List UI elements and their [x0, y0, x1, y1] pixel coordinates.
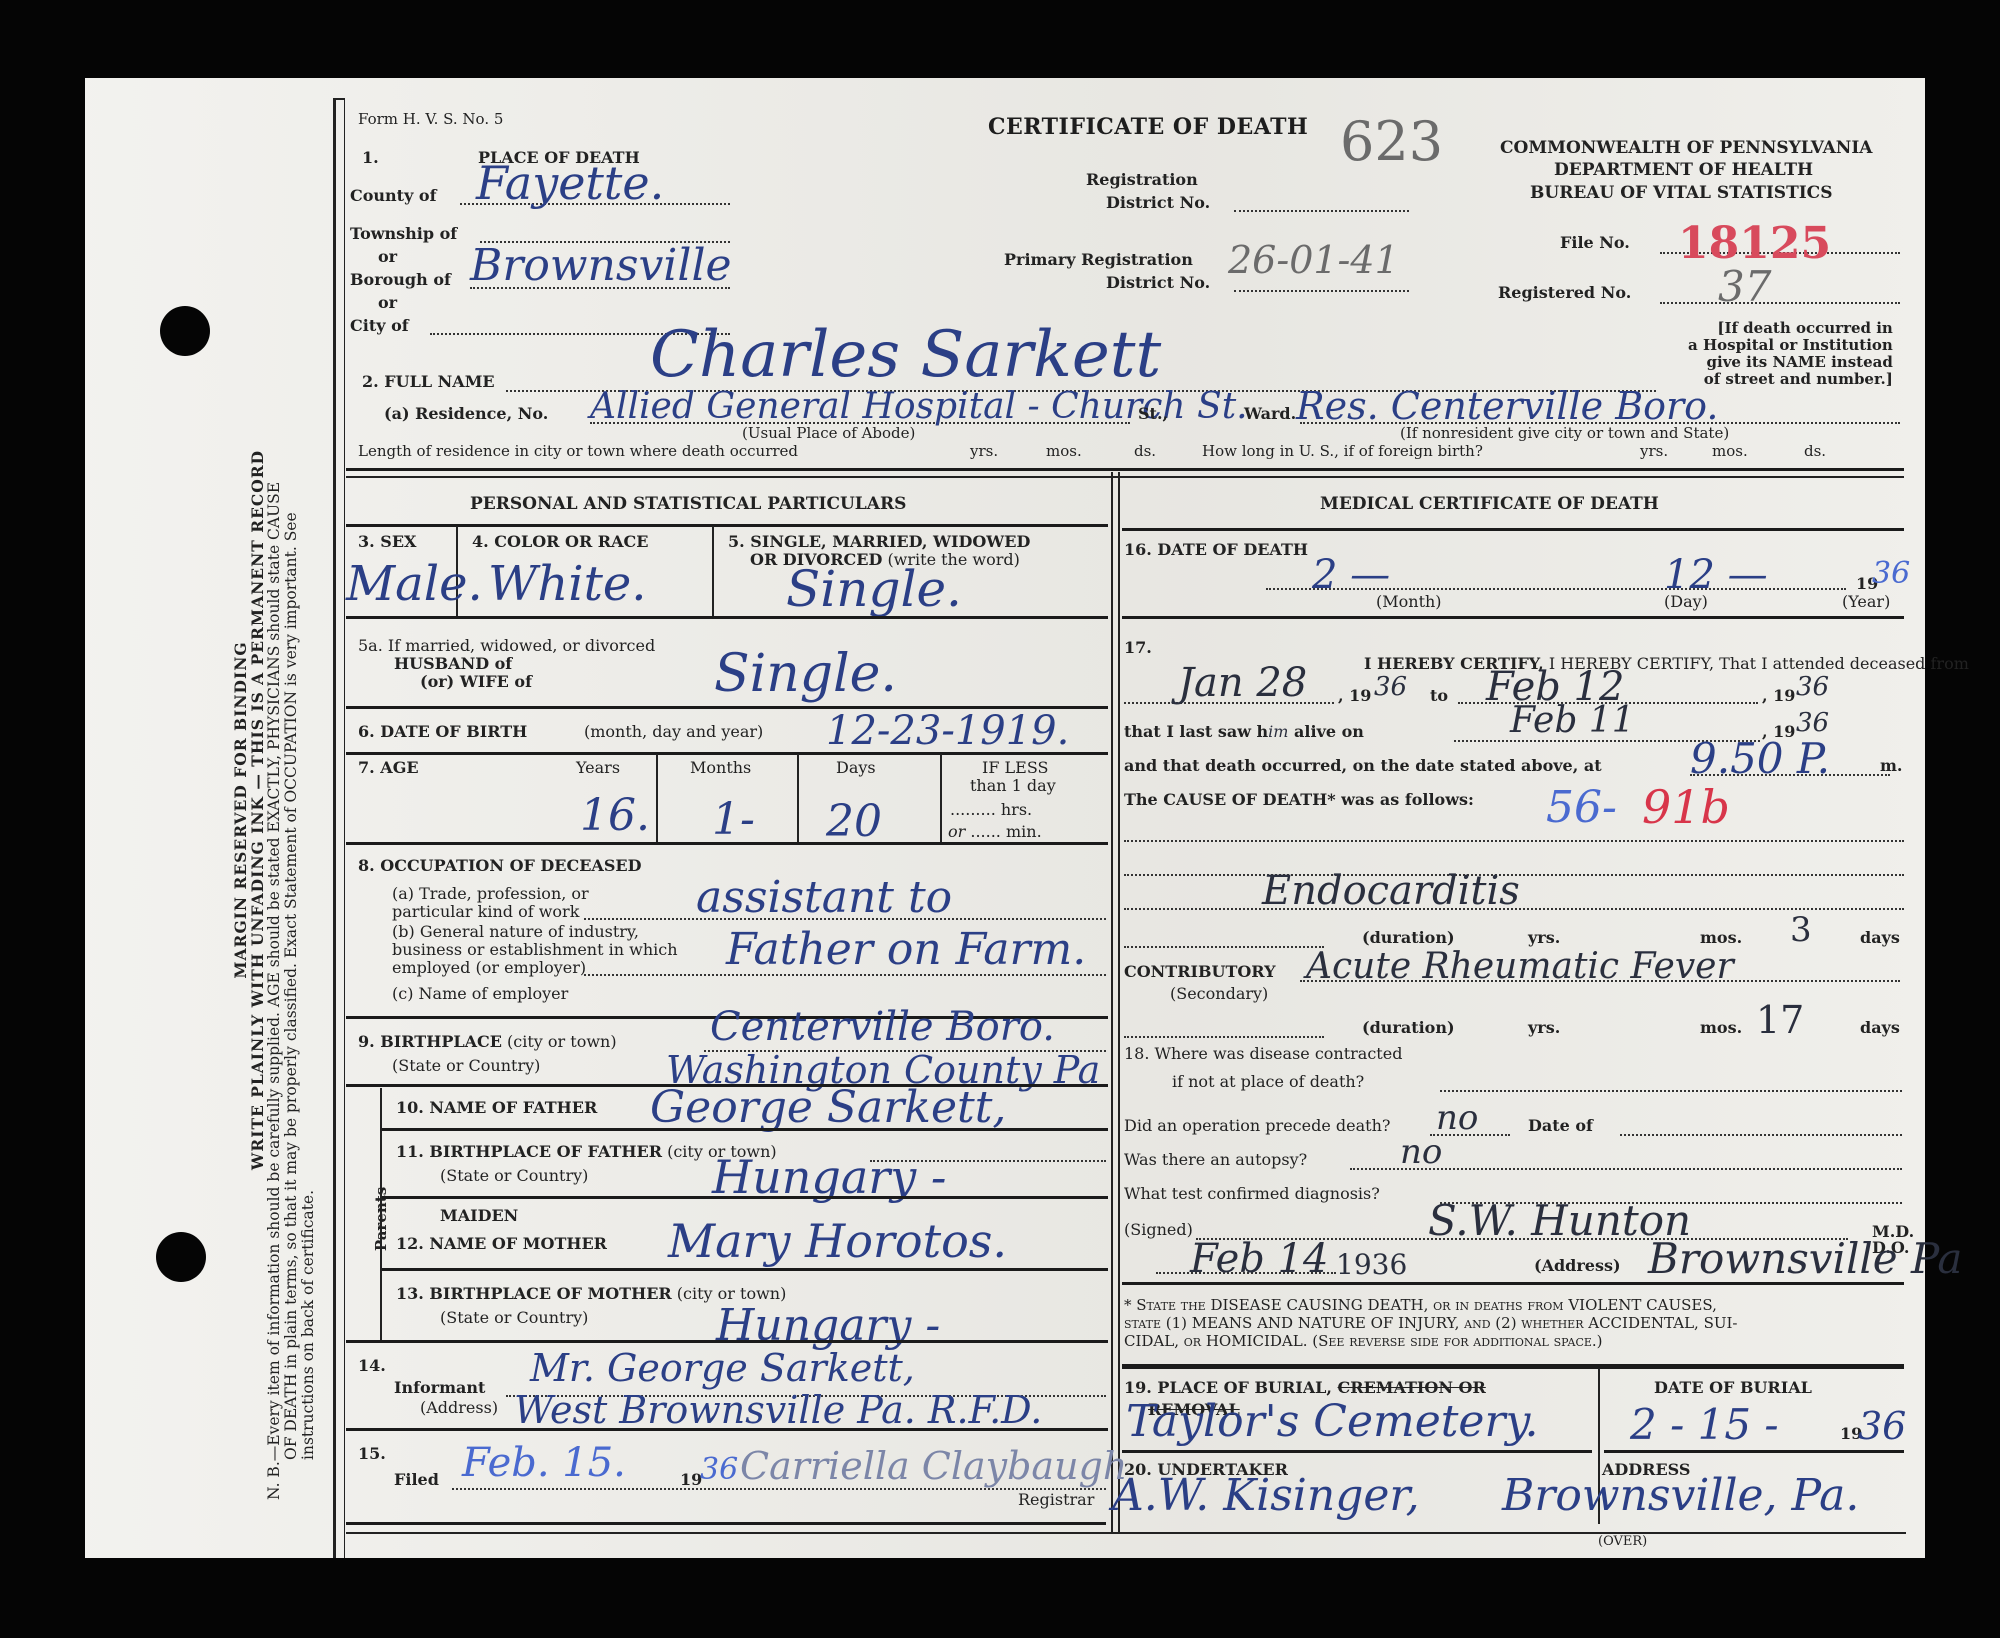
undertaker-address-value: Brownsville, Pa.: [1502, 1470, 1859, 1521]
dod-label: 16. DATE OF DEATH: [1124, 540, 1308, 559]
medical-section-title: MEDICAL CERTIFICATE OF DEATH: [1320, 494, 1659, 514]
dob-label: 6. DATE OF BIRTH: [358, 722, 527, 741]
margin-ink-note: WRITE PLAINLY WITH UNFADING INK — THIS I…: [249, 120, 266, 1500]
marital-label: 5. SINGLE, MARRIED, WIDOWED: [728, 532, 1030, 551]
attended-to-year: 36: [1796, 672, 1829, 702]
death-time-value: 9.50 P.: [1690, 734, 1830, 783]
cause-code-red: 91b: [1642, 780, 1730, 834]
birthplace-city-value: Centerville Boro.: [710, 1004, 1055, 1050]
certify-statement: I HEREBY CERTIFY, I HEREBY CERTIFY, That…: [1364, 654, 1969, 673]
occupation-label: 8. OCCUPATION OF DECEASED: [358, 856, 641, 875]
burial-year-value: 36: [1858, 1404, 1906, 1448]
cause-footnote: * State the DISEASE CAUSING DEATH, or in…: [1124, 1296, 1738, 1350]
burial-date-value: 2 - 15 -: [1630, 1400, 1779, 1449]
contributory-duration-days: 17: [1756, 998, 1804, 1042]
contributory-value: Acute Rheumatic Fever: [1306, 946, 1734, 987]
file-no-label: File No.: [1560, 233, 1630, 252]
margin-nb-line1: N. B.—Every item of information should b…: [266, 120, 283, 1500]
sex-value: Male.: [346, 556, 483, 612]
over-label: (OVER): [1598, 1534, 1647, 1549]
spouse-label-1: 5a. If married, widowed, or divorced: [358, 636, 655, 655]
age-months-value: 1-: [712, 794, 755, 845]
last-saw-label: that I last saw him alive on: [1124, 722, 1364, 741]
primary-district-value: 26-01-41: [1228, 238, 1399, 282]
spouse-value: Single.: [714, 644, 897, 704]
foreign-birth-label: How long in U. S., if of foreign birth?: [1202, 442, 1483, 460]
attended-from-year: 36: [1374, 672, 1407, 702]
father-label: 10. NAME OF FATHER: [396, 1098, 597, 1117]
registered-no-value: 37: [1718, 262, 1771, 311]
registration-district-label: District No.: [1106, 193, 1210, 212]
physician-address-value: Brownsville Pa: [1648, 1234, 1962, 1283]
agency-line-2: DEPARTMENT OF HEALTH: [1554, 160, 1813, 180]
autopsy-value: no: [1400, 1132, 1442, 1172]
residence-label: (a) Residence, No.: [384, 404, 548, 423]
sex-label: 3. SEX: [358, 532, 416, 551]
cause-label: The CAUSE OF DEATH* was as follows:: [1124, 790, 1474, 809]
registration-label: Registration: [1086, 170, 1198, 189]
punch-hole-top: [160, 306, 210, 356]
informant-address-value: West Brownsville Pa. R.F.D.: [514, 1388, 1042, 1432]
signed-label: (Signed): [1124, 1220, 1193, 1239]
margin-binding-note: MARGIN RESERVED FOR BINDING: [232, 120, 249, 1500]
township-label: Township of: [350, 224, 457, 243]
agency-line-3: BUREAU OF VITAL STATISTICS: [1530, 183, 1832, 203]
pencil-number: 623: [1340, 110, 1443, 173]
marital-value: Single.: [786, 560, 962, 618]
filed-date-value: Feb. 15.: [462, 1440, 626, 1486]
cause-value: Endocarditis: [1262, 868, 1520, 914]
place-num: 1.: [362, 148, 379, 167]
parents-label: Parents: [372, 1184, 390, 1254]
burial-place-label: 19. PLACE OF BURIAL, CREMATION OR: [1124, 1378, 1486, 1397]
certificate-title: CERTIFICATE OF DEATH: [988, 114, 1308, 140]
dob-value: 12-23-1919.: [826, 708, 1069, 754]
filed-year-value: 36: [700, 1452, 738, 1487]
mother-value: Mary Horotos.: [668, 1214, 1007, 1268]
city-label: City of: [350, 316, 409, 335]
primary-registration-label: Primary Registration: [1004, 250, 1193, 269]
margin-nb-line2: OF DEATH in plain terms, so that it may …: [283, 120, 300, 1500]
death-time-label: and that death occurred, on the date sta…: [1124, 756, 1602, 775]
birthplace-label: 9. BIRTHPLACE (city or town): [358, 1032, 617, 1051]
father-value: George Sarkett,: [650, 1082, 1006, 1133]
full-name-value: Charles Sarkett: [650, 318, 1161, 392]
hospital-note: [If death occurred in a Hospital or Inst…: [1688, 320, 1893, 388]
margin-instructions: MARGIN RESERVED FOR BINDING WRITE PLAINL…: [232, 120, 342, 1500]
registrar-signature: Carriella Claybaugh: [740, 1444, 1127, 1488]
mother-label: 12. NAME OF MOTHER: [396, 1234, 607, 1253]
filed-label: Filed: [394, 1470, 439, 1489]
punch-hole-bottom: [156, 1232, 206, 1282]
occupation-industry-value: Father on Farm.: [726, 924, 1086, 975]
registered-no-label: Registered No.: [1498, 283, 1631, 302]
burial-place-value: Taylor's Cemetery.: [1126, 1396, 1539, 1447]
test-label: What test confirmed diagnosis?: [1124, 1184, 1380, 1203]
autopsy-label: Was there an autopsy?: [1124, 1150, 1307, 1169]
nonresident-note: (If nonresident give city or town and St…: [1400, 424, 1729, 442]
employer-label: (c) Name of employer: [392, 984, 568, 1003]
informant-value: Mr. George Sarkett,: [530, 1346, 915, 1390]
mother-birthplace-value: Hungary -: [716, 1300, 940, 1351]
cause-duration-days: 3: [1790, 910, 1812, 950]
contracted-label: 18. Where was disease contracted: [1124, 1044, 1402, 1063]
race-value: White.: [488, 556, 647, 612]
burial-date-label: DATE OF BURIAL: [1654, 1378, 1812, 1397]
full-name-label: 2. FULL NAME: [362, 372, 495, 391]
operation-label: Did an operation precede death?: [1124, 1116, 1390, 1135]
signed-date-value: Feb 14: [1190, 1236, 1328, 1282]
abode-note: (Usual Place of Abode): [742, 424, 915, 442]
margin-nb-line3: instructions on back of certificate.: [300, 120, 317, 1500]
form-number: Form H. V. S. No. 5: [358, 110, 503, 128]
length-of-residence-label: Length of residence in city or town wher…: [358, 442, 798, 460]
age-label: 7. AGE: [358, 758, 419, 777]
primary-district-label: District No.: [1106, 273, 1210, 292]
borough-label: Borough of: [350, 270, 451, 289]
age-days-value: 20: [826, 796, 882, 847]
personal-section-title: PERSONAL AND STATISTICAL PARTICULARS: [470, 494, 906, 514]
signed-year-value: 1936: [1336, 1248, 1407, 1281]
registrar-label: Registrar: [1018, 1490, 1094, 1509]
undertaker-value: A.W. Kisinger,: [1112, 1470, 1420, 1521]
cause-code-blue: 56-: [1546, 782, 1617, 833]
borough-value: Brownsville: [470, 240, 732, 291]
informant-label: Informant: [394, 1378, 485, 1397]
ward-value: Res. Centerville Boro.: [1296, 384, 1718, 428]
dod-year-value: 36: [1872, 556, 1910, 591]
county-value: Fayette.: [476, 156, 664, 210]
occupation-trade-value: assistant to: [696, 872, 952, 923]
form-left-border: [333, 98, 345, 1558]
last-saw-value: Feb 11: [1510, 700, 1635, 741]
contributory-label: CONTRIBUTORY: [1124, 962, 1276, 981]
age-years-value: 16.: [580, 790, 650, 841]
county-label: County of: [350, 186, 436, 205]
race-label: 4. COLOR OR RACE: [472, 532, 648, 551]
attended-from-value: Jan 28: [1178, 660, 1307, 706]
agency-line-1: COMMONWEALTH OF PENNSYLVANIA: [1500, 138, 1872, 158]
